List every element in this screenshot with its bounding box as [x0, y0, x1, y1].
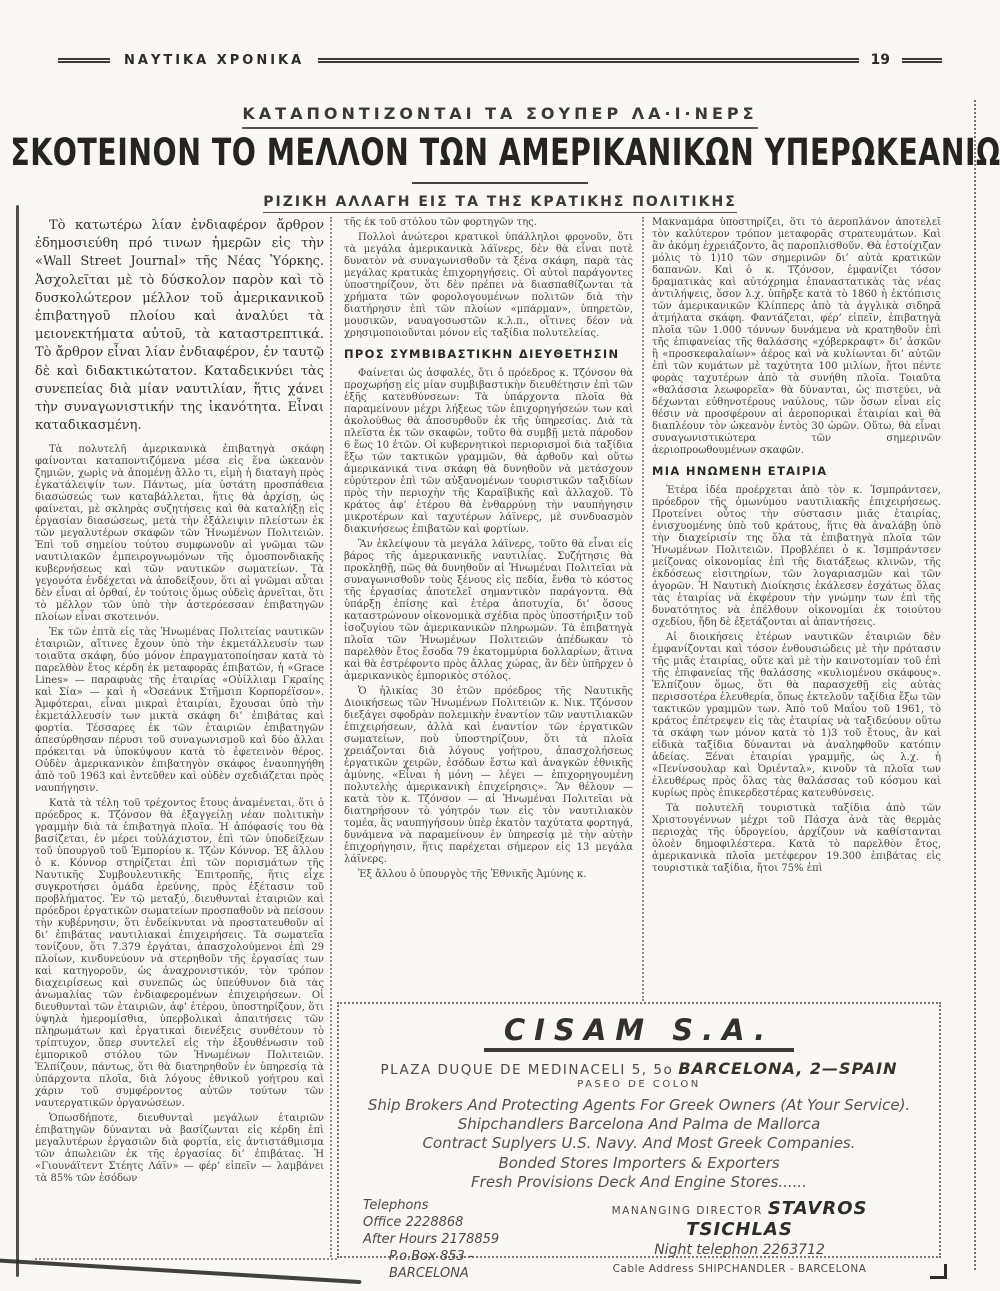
page-title: ΣΚΟΤΕΙΝΟΝ ΤΟ ΜΕΛΛΟΝ ΤΩΝ ΑΜΕΡΙΚΑΝΙΚΩΝ ΥΠΕ… [10, 130, 1000, 174]
ad-office-phone: Office 2228868 [363, 1215, 556, 1232]
right-margin-dotted-line [974, 100, 976, 1270]
ad-telephones-label: Telephons [363, 1198, 556, 1215]
lead-paragraph: Τὸ κατωτέρω λίαν ἐνδιαφέρον ἄρθρον ἐδημο… [35, 217, 324, 435]
ad-director-line: MANANGING DIRECTOR STAVROS TSICHLAS [556, 1198, 923, 1240]
title-divider-rule [412, 182, 588, 184]
ad-service-line: Contract Suplyers U.S. Navy. And Most Gr… [339, 1134, 939, 1153]
scan-streak-artifact-bottom-left [0, 1258, 361, 1284]
section-heading-united-company: ΜΙΑ ΗΝΩΜΕΝΗ ΕΤΑΙΡΙΑ [652, 465, 941, 479]
paragraph: Ἑτέρα ἰδέα προέρχεται ἀπὸ τὸν κ. Ἰσμπράν… [652, 485, 941, 629]
ad-city: BARCELONA, 2—SPAIN [678, 1059, 897, 1078]
column-separator-2 [642, 217, 644, 1001]
ad-director-block: MANANGING DIRECTOR STAVROS TSICHLAS Nigh… [556, 1198, 923, 1282]
ad-director-label: MANANGING DIRECTOR [612, 1205, 763, 1217]
paragraph: Φαίνεται ὡς ἀσφαλές, ὅτι ὁ πρόεδρος κ. Τ… [344, 368, 633, 536]
ad-street-address: PLAZA DUQUE DE MEDINACELI 5, 5o [381, 1062, 674, 1078]
kicker-wrap: ΚΑΤΑΠΟΝΤΙΖΟΝΤΑΙ ΤΑ ΣΟΥΠΕΡ ΛΑ·Ι·ΝΕΡΣ [0, 104, 1000, 129]
ad-services-list: Ship Brokers And Protecting Agents For G… [339, 1096, 939, 1192]
ad-service-line: Bonded Stores Importers & Exporters [339, 1154, 939, 1173]
advertisement-cisam: CISAM S.A. PLAZA DUQUE DE MEDINACELI 5, … [337, 1002, 941, 1258]
ad-after-hours-phone: After Hours 2178859 [363, 1232, 556, 1249]
magazine-page: ΝΑΥΤΙΚΑ ΧΡΟΝΙΚΑ 19 ΚΑΤΑΠΟΝΤΙΖΟΝΤΑΙ ΤΑ ΣΟ… [0, 0, 1000, 1291]
paragraph: Αἱ διοικήσεις ἑτέρων ναυτικῶν ἑταιριῶν δ… [652, 632, 941, 800]
bottom-dotted-rule [35, 1258, 337, 1260]
scan-edge-artifact-left [16, 205, 19, 1277]
paragraph-continuation: Μακναμάρα ὑποστηρίζει, ὅτι τὸ ἀεροπλάνον… [652, 217, 941, 457]
ad-service-line: Ship Brokers And Protecting Agents For G… [339, 1096, 939, 1115]
ad-service-line: Shipchandlers Barcelona And Palma de Mal… [339, 1115, 939, 1134]
paragraph: Τὰ πολυτελῆ τουριστικὰ ταξίδια ἀπὸ τῶν Χ… [652, 803, 941, 875]
scan-corner-mark-bottom-right [930, 1264, 947, 1279]
ad-address-line: PLAZA DUQUE DE MEDINACELI 5, 5o BARCELON… [339, 1059, 939, 1078]
paragraph: Πολλοὶ ἀνώτεροι κρατικοὶ ὑπάλληλοι φρονο… [344, 232, 633, 340]
paragraph-continuation: τῆς ἐκ τοῦ στόλου τῶν φορτηγῶν της. [344, 217, 633, 229]
subtitle: ΡΙΖΙΚΗ ΑΛΛΑΓΗ ΕΙΣ ΤΑ ΤΗΣ ΚΡΑΤΙΚΗΣ ΠΟΛΙΤΙ… [263, 194, 737, 213]
masthead-rule-center [318, 58, 858, 63]
page-number: 19 [871, 52, 890, 68]
paragraph: Τὰ πολυτελῆ ἀμερικανικὰ ἐπιβατηγὰ σκάφη … [35, 444, 324, 624]
ad-telephones-block: Telephons Office 2228868 After Hours 217… [363, 1198, 556, 1282]
masthead-rule-left [58, 58, 110, 63]
title-wrap: ΣΚΟΤΕΙΝΟΝ ΤΟ ΜΕΛΛΟΝ ΤΩΝ ΑΜΕΡΙΚΑΝΙΚΩΝ ΥΠΕ… [0, 130, 1000, 164]
ad-pobox: P.o.Box 853 - BARCELONA [363, 1249, 556, 1283]
paragraph: Ἐξ ἄλλου ὁ ὑπουργὸς τῆς Ἐθνικῆς Ἀμύνης κ… [344, 869, 633, 881]
subtitle-wrap: ΡΙΖΙΚΗ ΑΛΛΑΓΗ ΕΙΣ ΤΑ ΤΗΣ ΚΡΑΤΙΚΗΣ ΠΟΛΙΤΙ… [0, 191, 1000, 213]
ad-street2: PASEO DE COLON [339, 1079, 939, 1090]
ad-company-name: CISAM S.A. [484, 1013, 794, 1052]
article-column-3: Μακναμάρα ὑποστηρίζει, ὅτι τὸ ἀεροπλάνον… [652, 217, 941, 1003]
masthead-row: ΝΑΥΤΙΚΑ ΧΡΟΝΙΚΑ 19 [0, 52, 1000, 68]
article-column-2: τῆς ἐκ τοῦ στόλου τῶν φορτηγῶν της. Πολλ… [344, 217, 633, 1003]
paragraph: Κατὰ τὰ τέλη τοῦ τρέχοντος ἔτους ἀναμένε… [35, 798, 324, 1110]
ad-cable-address: Cable Address SHIPCHANDLER - BARCELONA [556, 1263, 923, 1275]
masthead-title: ΝΑΥΤΙΚΑ ΧΡΟΝΙΚΑ [124, 53, 304, 68]
paragraph: Ἐκ τῶν ἑπτὰ εἰς τὰς Ἡνωμένας Πολιτείας ν… [35, 627, 324, 795]
column-separator-1 [330, 217, 332, 1257]
article-column-1: Τὸ κατωτέρω λίαν ἐνδιαφέρον ἄρθρον ἐδημο… [35, 217, 324, 1257]
paragraph: Ἂν ἐκλείψουν τὰ μεγάλα λάϊνερς, τοῦτο θὰ… [344, 539, 633, 683]
ad-footer: Telephons Office 2228868 After Hours 217… [339, 1192, 939, 1282]
ad-service-line: Fresh Provisions Deck And Engine Stores.… [339, 1173, 939, 1192]
paragraph: Ὁ ἡλικίας 30 ἐτῶν πρόεδρος τῆς Ναυτικῆς … [344, 686, 633, 866]
paragraph: Ὁπωσδήποτε, διευθυνταὶ μεγάλων ἑταιριῶν … [35, 1113, 324, 1185]
ad-night-phone: Night telephon 2263712 [556, 1242, 923, 1258]
kicker: ΚΑΤΑΠΟΝΤΙΖΟΝΤΑΙ ΤΑ ΣΟΥΠΕΡ ΛΑ·Ι·ΝΕΡΣ [242, 104, 757, 129]
section-heading-compromise: ΠΡΟΣ ΣΥΜΒΙΒΑΣΤΙΚΗΝ ΔΙΕΥΘΕΤΗΣΙΝ [344, 348, 633, 362]
masthead-rule-right [902, 58, 942, 63]
